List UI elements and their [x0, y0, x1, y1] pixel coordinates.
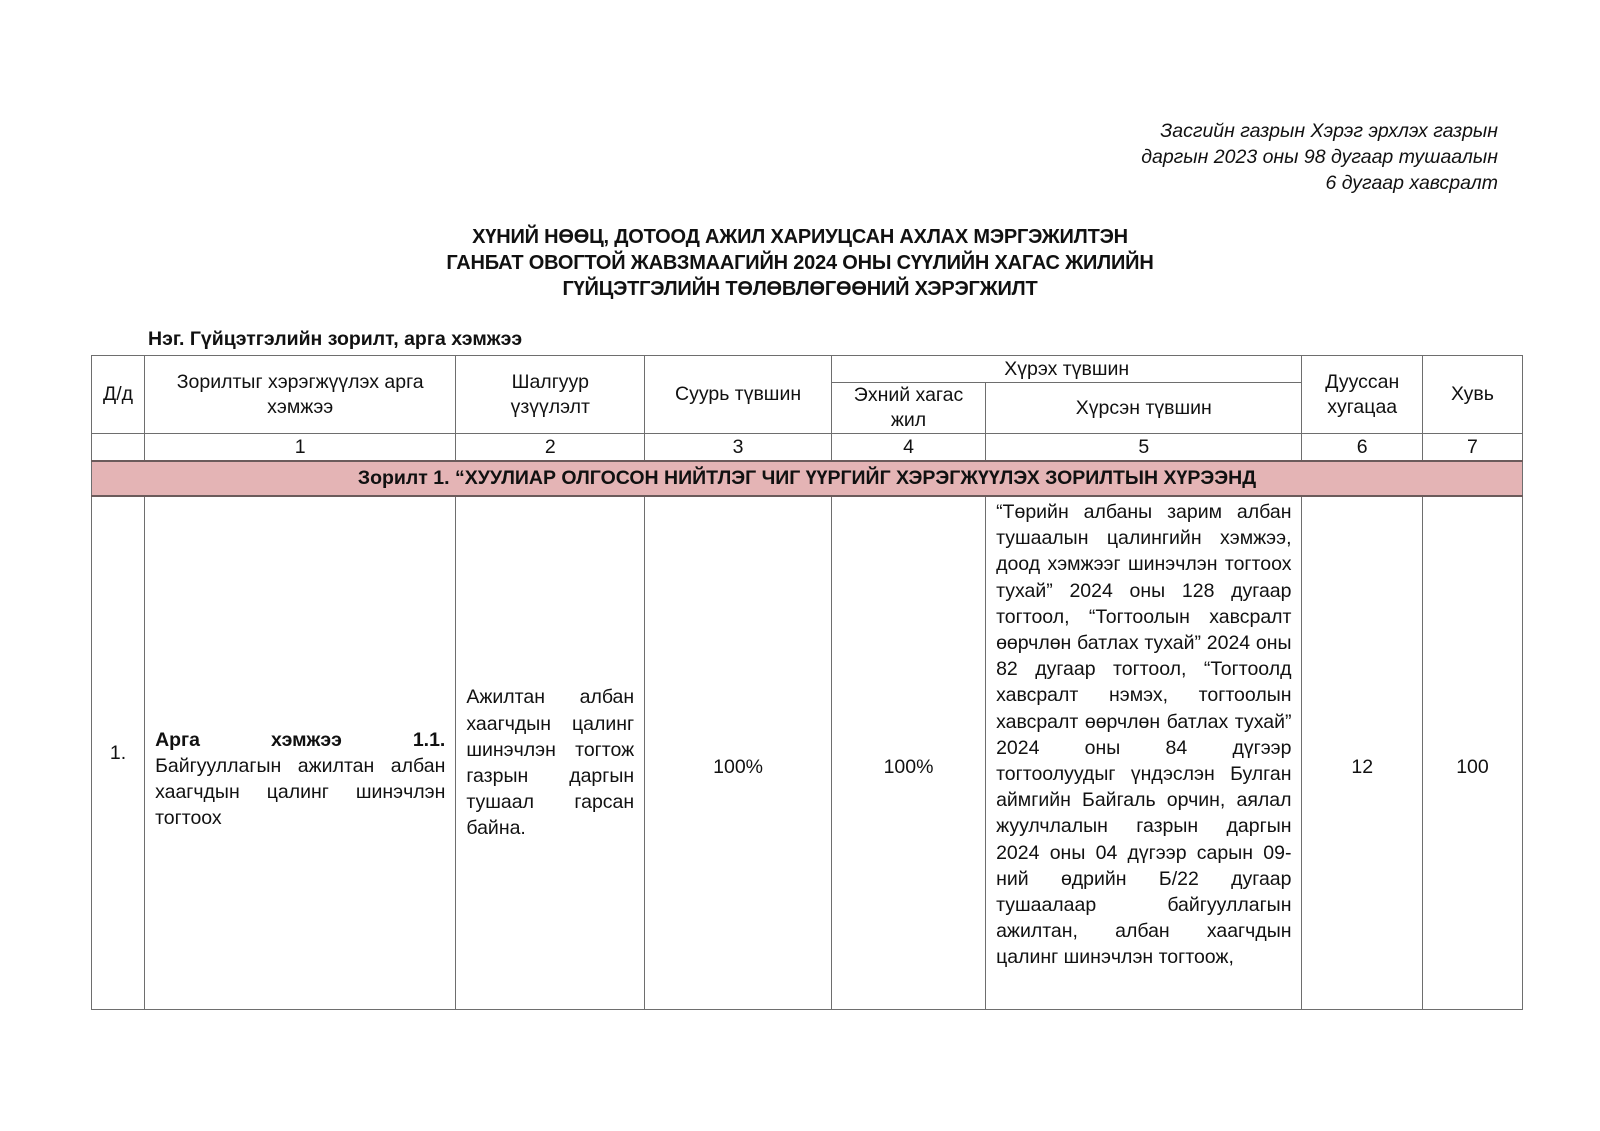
- header-first-half: Эхний хагас жил: [831, 383, 985, 434]
- col-number-blank: [92, 434, 145, 462]
- objective-band-row: Зорилт 1. “ХУУЛИАР ОЛГОСОН НИЙТЛЭГ ЧИГ Ү…: [92, 461, 1523, 496]
- header-measure: Зорилтыг хэрэгжүүлэх арга хэмжээ: [145, 356, 456, 434]
- header-percent: Хувь: [1422, 356, 1522, 434]
- row-number: 1.: [92, 496, 145, 1010]
- annex-line: Засгийн газрын Хэрэг эрхлэх газрын: [1141, 118, 1498, 144]
- performance-table: Д/д Зорилтыг хэрэгжүүлэх арга хэмжээ Шал…: [91, 355, 1523, 1010]
- row-deadline: 12: [1302, 496, 1422, 1010]
- header-no: Д/д: [92, 356, 145, 434]
- col-number: 1: [145, 434, 456, 462]
- objective-band: Зорилт 1. “ХУУЛИАР ОЛГОСОН НИЙТЛЭГ ЧИГ Ү…: [92, 461, 1523, 496]
- row-achieved: “Төрийн албаны зарим албан тушаалын цали…: [986, 496, 1302, 1010]
- row-measure: Арга хэмжээ 1.1. Байгууллагын ажилтан ал…: [145, 496, 456, 1010]
- row-first-half: 100%: [831, 496, 985, 1010]
- col-number: 5: [986, 434, 1302, 462]
- annex-line: 6 дугаар хавсралт: [1141, 170, 1498, 196]
- table-row: 1. Арга хэмжээ 1.1. Байгууллагын ажилтан…: [92, 496, 1523, 1010]
- measure-text: Байгууллагын ажилтан албан хаагчдын цали…: [155, 755, 445, 829]
- header-row: Д/д Зорилтыг хэрэгжүүлэх арга хэмжээ Шал…: [92, 356, 1523, 383]
- col-number: 6: [1302, 434, 1422, 462]
- row-percent: 100: [1422, 496, 1522, 1010]
- annex-line: даргын 2023 оны 98 дугаар тушаалын: [1141, 144, 1498, 170]
- col-number: 7: [1422, 434, 1522, 462]
- measure-label: Арга хэмжээ 1.1.: [155, 727, 445, 753]
- header-target-group: Хүрэх түвшин: [831, 356, 1302, 383]
- document-title: ХҮНИЙ НӨӨЦ, ДОТООД АЖИЛ ХАРИУЦСАН АХЛАХ …: [0, 224, 1600, 302]
- header-indicator: Шалгуур үзүүлэлт: [456, 356, 645, 434]
- header-deadline: Дууссан хугацаа: [1302, 356, 1422, 434]
- header-baseline: Суурь түвшин: [645, 356, 832, 434]
- annex-reference: Засгийн газрын Хэрэг эрхлэх газрын даргы…: [1141, 118, 1498, 196]
- title-line: ГАНБАТ ОВОГТОЙ ЖАВЗМААГИЙН 2024 ОНЫ СҮҮЛ…: [0, 250, 1600, 276]
- title-line: ХҮНИЙ НӨӨЦ, ДОТООД АЖИЛ ХАРИУЦСАН АХЛАХ …: [0, 224, 1600, 250]
- section-heading: Нэг. Гүйцэтгэлийн зорилт, арга хэмжээ: [148, 328, 522, 351]
- row-indicator: Ажилтан албан хаагчдын цалинг шинэчлэн т…: [456, 496, 645, 1010]
- header-achieved: Хүрсэн түвшин: [986, 383, 1302, 434]
- col-number: 2: [456, 434, 645, 462]
- row-baseline: 100%: [645, 496, 832, 1010]
- column-number-row: 1 2 3 4 5 6 7: [92, 434, 1523, 462]
- title-line: ГҮЙЦЭТГЭЛИЙН ТӨЛӨВЛӨГӨӨНИЙ ХЭРЭГЖИЛТ: [0, 276, 1600, 302]
- col-number: 4: [831, 434, 985, 462]
- col-number: 3: [645, 434, 832, 462]
